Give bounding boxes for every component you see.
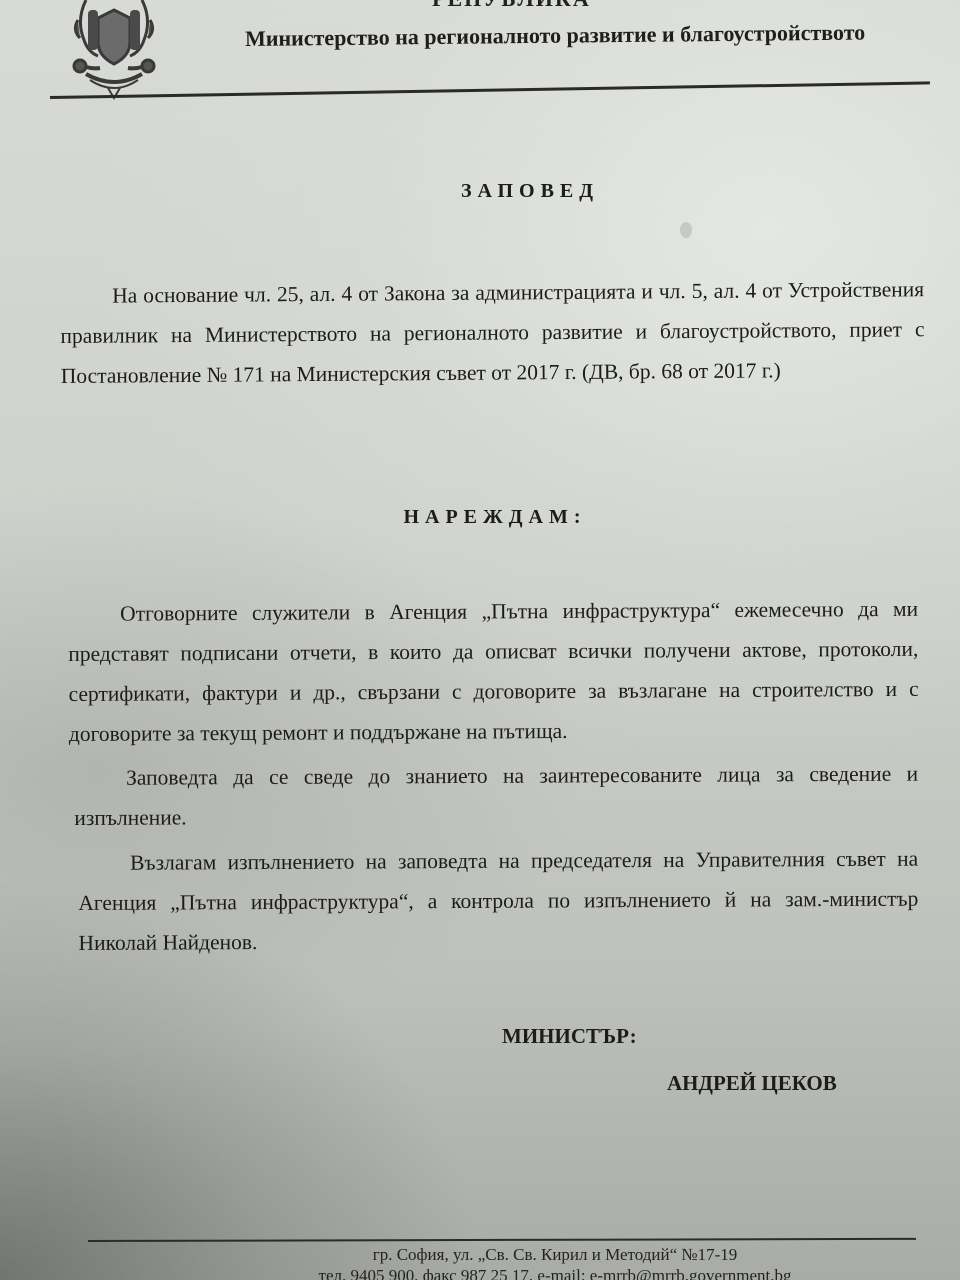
footer-contacts: тел. 9405 900, факс 987 25 17, e-mail: e… (0, 1265, 960, 1280)
order-paragraph-2: Заповедта да се сведе до знанието на заи… (74, 754, 918, 838)
order-paragraph-1: Отговорните служители в Агенция „Пътна и… (68, 589, 919, 754)
signature-role: МИНИСТЪР: (502, 1024, 637, 1049)
coat-of-arms-icon (58, 0, 170, 102)
document-title: ЗАПОВЕД (0, 180, 960, 203)
order-paragraph-3: Възлагам изпълнението на заповедта на пр… (78, 839, 919, 963)
paragraph-text: Възлагам изпълнението на заповедта на пр… (78, 847, 918, 955)
order-heading: НАРЕЖДАМ: (0, 506, 960, 529)
preamble-paragraph: На основание чл. 25, ал. 4 от Закона за … (60, 269, 925, 396)
republic-heading-cropped: РЕПУБЛИКА (432, 0, 591, 12)
signature-name: АНДРЕЙ ЦЕКОВ (667, 1071, 837, 1096)
preamble-text: На основание чл. 25, ал. 4 от Закона за … (60, 277, 924, 388)
paragraph-text: Отговорните служители в Агенция „Пътна и… (68, 597, 918, 746)
paragraph-text: Заповедта да се сведе до знанието на заи… (74, 762, 918, 830)
footer-address: гр. София, ул. „Св. Св. Кирил и Методий“… (0, 1244, 960, 1266)
paper-smudge (680, 222, 692, 238)
